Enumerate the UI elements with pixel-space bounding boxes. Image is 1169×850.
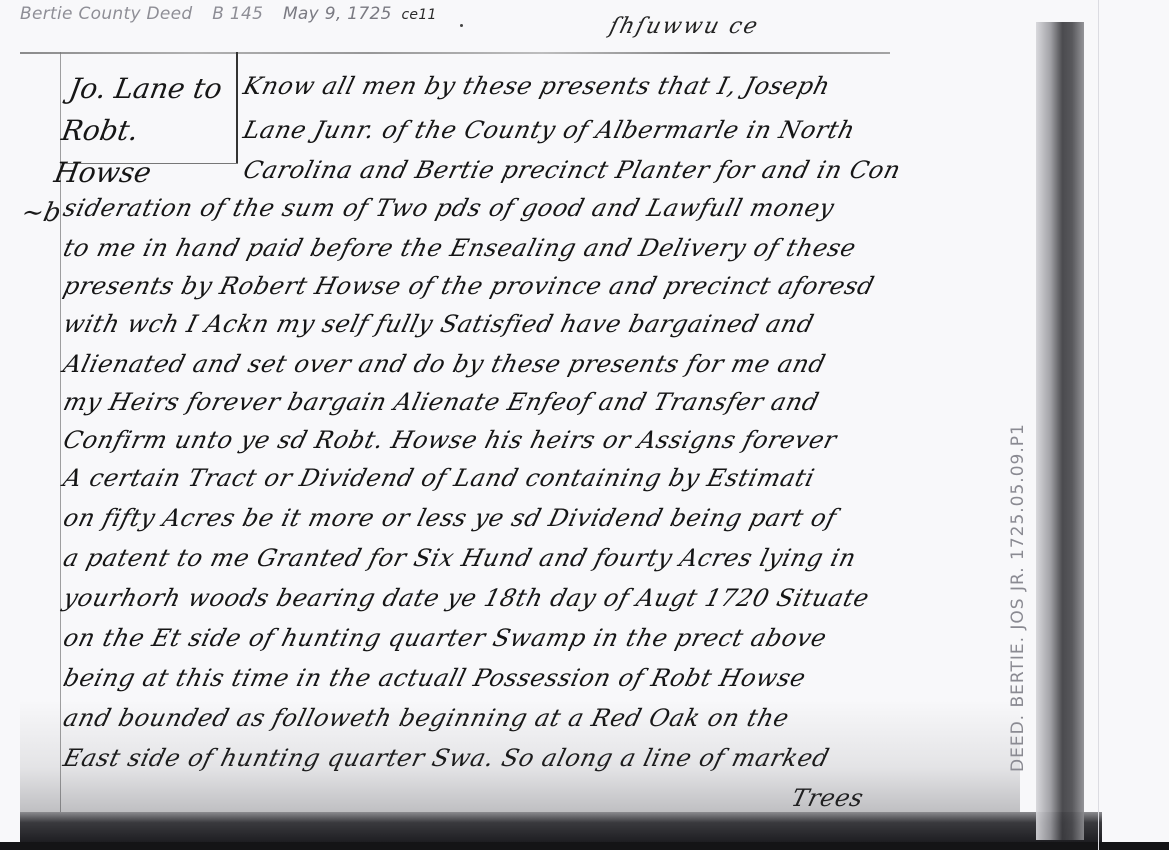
deed-line: a patent to me Granted for Six Hund and … (61, 544, 860, 572)
deed-line: my Heirs forever bargain Alienate Enfeof… (61, 388, 823, 416)
vertical-archive-label: DEED. BERTIE. JOS JR. 1725.05.09.P1 (1008, 423, 1028, 772)
scan-bottom-edge (0, 842, 1169, 850)
deed-line: yourhorh woods bearing date ye 18th day … (61, 584, 873, 612)
deed-line: with wch I Ackn my self fully Satisfied … (61, 310, 817, 338)
deed-line: Lane Junr. of the County of Albermarle i… (241, 116, 859, 144)
deed-line: Know all men by these presents that I, J… (241, 72, 834, 100)
scan-bottom-shadow (20, 812, 1102, 842)
deed-line: Carolina and Bertie precinct Planter for… (241, 156, 904, 184)
deed-line: Alienated and set over and do by these p… (61, 350, 829, 378)
deed-line: sideration of the sum of Two pds of good… (61, 194, 838, 222)
deed-line: on the Et side of hunting quarter Swamp … (61, 624, 830, 652)
scan-ghosting (20, 700, 1020, 812)
binding-shadow (1036, 22, 1084, 840)
deed-line: A certain Tract or Dividend of Land cont… (61, 464, 818, 492)
scanned-deed-page: Bertie County Deed B 145 May 9, 1725 ce1… (0, 0, 1169, 850)
deed-line: on fifty Acres be it more or less ye sd … (61, 504, 840, 532)
deed-line: presents by Robert Howse of the province… (61, 272, 878, 300)
page-edge (1098, 0, 1099, 850)
deed-line: Confirm unto ye sd Robt. Howse his heirs… (61, 426, 840, 454)
deed-line: being at this time in the actuall Posses… (61, 664, 809, 692)
deed-line: to me in hand paid before the Ensealing … (61, 234, 860, 262)
